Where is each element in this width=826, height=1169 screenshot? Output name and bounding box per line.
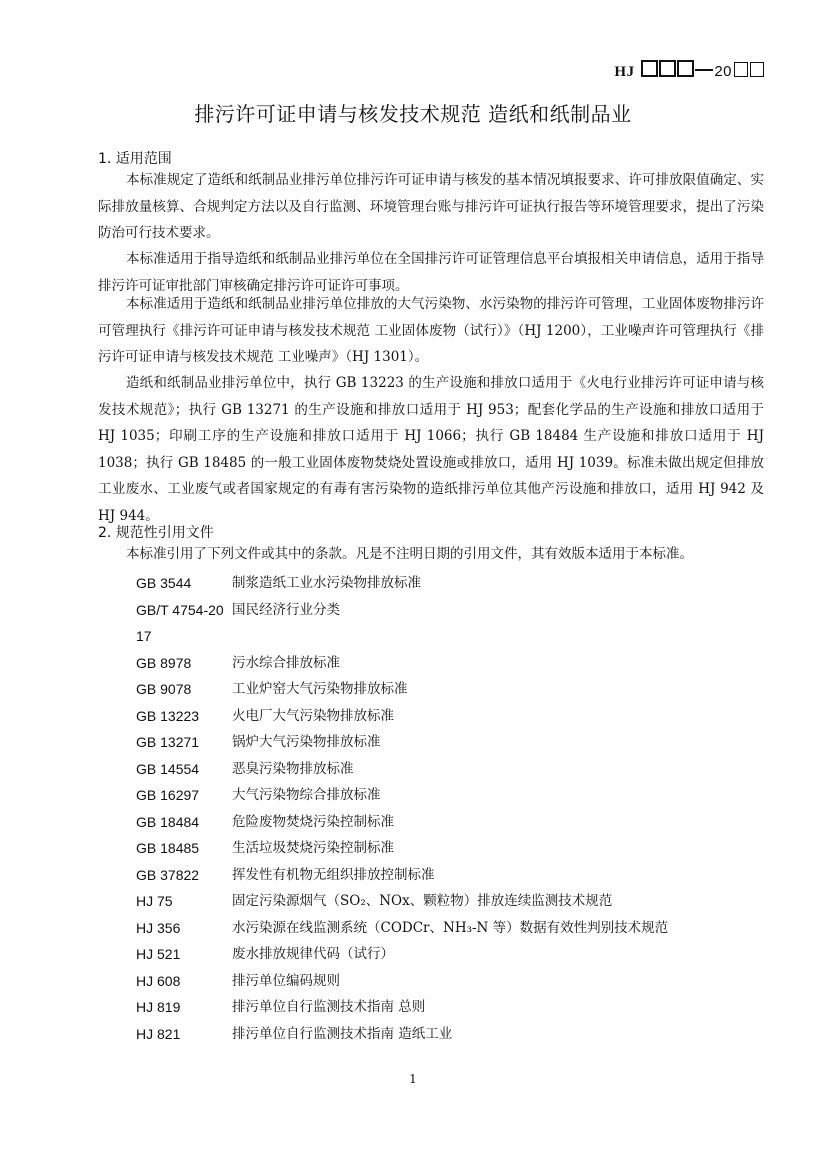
reference-code: HJ 819 — [136, 994, 232, 1021]
reference-title: 大气污染物综合排放标准 — [232, 782, 696, 809]
section-heading-references: 2. 规范性引用文件 — [98, 522, 214, 542]
reference-item: GB 18485 生活垃圾焚烧污染控制标准 — [136, 835, 696, 862]
reference-title: 水污染源在线监测系统（CODCr、NH₃-N 等）数据有效性判别技术规范 — [232, 915, 696, 942]
reference-code: GB 13223 — [136, 703, 232, 730]
section-heading-scope: 1. 适用范围 — [98, 148, 172, 168]
reference-code: GB 18485 — [136, 835, 232, 862]
reference-code: GB 14554 — [136, 756, 232, 783]
reference-code: GB/T 4754-2017 — [136, 597, 226, 650]
reference-title: 挥发性有机物无组织排放控制标准 — [232, 862, 696, 889]
reference-item: HJ 819 排污单位自行监测技术指南 总则 — [136, 994, 696, 1021]
reference-item: GB 18484 危险废物焚烧污染控制标准 — [136, 809, 696, 836]
reference-code: HJ 521 — [136, 941, 232, 968]
reference-title: 排污单位编码规则 — [232, 968, 696, 995]
reference-title: 制浆造纸工业水污染物排放标准 — [232, 570, 696, 597]
reference-item: HJ 521 废水排放规律代码（试行） — [136, 941, 696, 968]
placeholder-box — [677, 60, 694, 77]
reference-item: GB 13271 锅炉大气污染物排放标准 — [136, 729, 696, 756]
reference-code: GB 3544 — [136, 570, 232, 597]
reference-title: 污水综合排放标准 — [232, 650, 696, 677]
reference-title: 排污单位自行监测技术指南 造纸工业 — [232, 1021, 696, 1048]
page-number: 1 — [0, 1072, 826, 1086]
reference-title: 国民经济行业分类 — [232, 597, 696, 650]
reference-code: HJ 75 — [136, 888, 232, 915]
reference-title: 固定污染源烟气（SO₂、NOx、颗粒物）排放连续监测技术规范 — [232, 888, 696, 915]
reference-item: GB 13223 火电厂大气污染物排放标准 — [136, 703, 696, 730]
placeholder-box — [641, 60, 658, 77]
reference-list: GB 3544 制浆造纸工业水污染物排放标准 GB/T 4754-2017 国民… — [136, 570, 696, 1047]
reference-code: GB 37822 — [136, 862, 232, 889]
reference-code: GB 9078 — [136, 676, 232, 703]
reference-code: GB 16297 — [136, 782, 232, 809]
reference-code: GB 13271 — [136, 729, 232, 756]
reference-code: GB 18484 — [136, 809, 232, 836]
year-prefix: 20 — [714, 63, 732, 80]
reference-item: GB 16297 大气污染物综合排放标准 — [136, 782, 696, 809]
reference-title: 恶臭污染物排放标准 — [232, 756, 696, 783]
reference-item: HJ 356 水污染源在线监测系统（CODCr、NH₃-N 等）数据有效性判别技… — [136, 915, 696, 942]
reference-code: GB 8978 — [136, 650, 232, 677]
standard-prefix: HJ — [614, 64, 634, 80]
reference-item: HJ 608 排污单位编码规则 — [136, 968, 696, 995]
reference-title: 危险废物焚烧污染控制标准 — [232, 809, 696, 836]
reference-item: GB 8978 污水综合排放标准 — [136, 650, 696, 677]
reference-title: 火电厂大气污染物排放标准 — [232, 703, 696, 730]
dash-separator — [695, 69, 713, 71]
reference-item: GB 37822 挥发性有机物无组织排放控制标准 — [136, 862, 696, 889]
document-page: HJ 20 排污许可证申请与核发技术规范 造纸和纸制品业 1. 适用范围 本标准… — [0, 0, 826, 1169]
placeholder-box — [659, 60, 676, 77]
paragraph-scope-3: 本标准适用于造纸和纸制品业排污单位排放的大气污染物、水污染物的排污许可管理，工业… — [98, 291, 764, 371]
paragraph-references-intro: 本标准引用了下列文件或其中的条款。凡是不注明日期的引用文件，其有效版本适用于本标… — [98, 541, 764, 568]
reference-item: HJ 821 排污单位自行监测技术指南 造纸工业 — [136, 1021, 696, 1048]
reference-title: 废水排放规律代码（试行） — [232, 941, 696, 968]
reference-item: GB/T 4754-2017 国民经济行业分类 — [136, 597, 696, 650]
paragraph-scope-1: 本标准规定了造纸和纸制品业排污单位排污许可证申请与核发的基本情况填报要求、许可排… — [98, 167, 764, 247]
reference-code: HJ 821 — [136, 1021, 232, 1048]
document-title: 排污许可证申请与核发技术规范 造纸和纸制品业 — [0, 98, 826, 127]
reference-item: GB 9078 工业炉窑大气污染物排放标准 — [136, 676, 696, 703]
reference-title: 生活垃圾焚烧污染控制标准 — [232, 835, 696, 862]
reference-title: 工业炉窑大气污染物排放标准 — [232, 676, 696, 703]
reference-item: GB 14554 恶臭污染物排放标准 — [136, 756, 696, 783]
reference-title: 锅炉大气污染物排放标准 — [232, 729, 696, 756]
placeholder-box — [734, 62, 748, 77]
standard-number: HJ 20 — [614, 60, 764, 81]
paragraph-scope-4: 造纸和纸制品业排污单位中，执行 GB 13223 的生产设施和排放口适用于《火电… — [98, 370, 764, 529]
reference-code: HJ 608 — [136, 968, 232, 995]
reference-item: HJ 75 固定污染源烟气（SO₂、NOx、颗粒物）排放连续监测技术规范 — [136, 888, 696, 915]
reference-code: HJ 356 — [136, 915, 232, 942]
placeholder-box — [750, 62, 764, 77]
reference-title: 排污单位自行监测技术指南 总则 — [232, 994, 696, 1021]
reference-item: GB 3544 制浆造纸工业水污染物排放标准 — [136, 570, 696, 597]
